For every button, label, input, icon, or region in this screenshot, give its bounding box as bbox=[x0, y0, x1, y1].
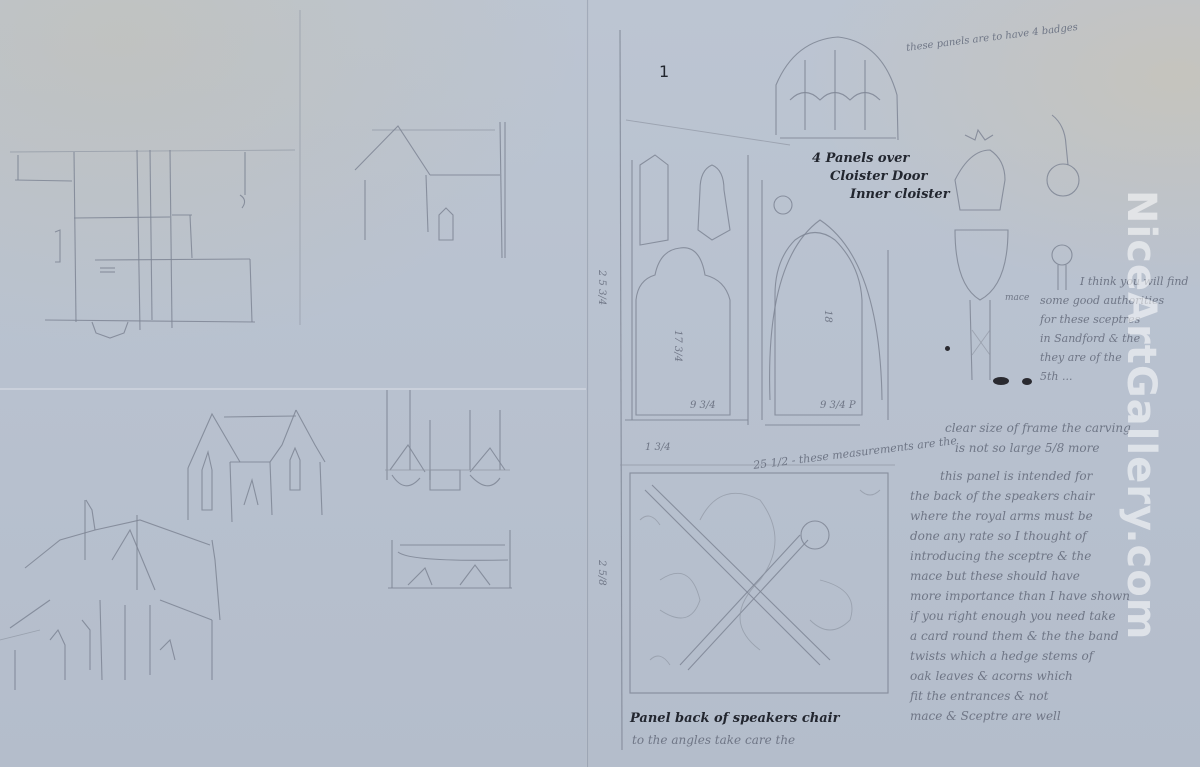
bottom-note: to the angles take care the bbox=[632, 730, 795, 751]
ink-blot bbox=[1022, 378, 1032, 385]
page-number: 1 bbox=[659, 62, 669, 81]
ground-plan-sketch bbox=[10, 10, 300, 338]
house-elevation-sketch bbox=[355, 122, 505, 258]
chair-back-panel-sketch bbox=[630, 473, 888, 693]
dimension-right-width: 9 3/4 P bbox=[820, 395, 856, 416]
dimension-base-left: 1 3/4 bbox=[645, 437, 671, 458]
mace-note: I think you will find some good authorit… bbox=[1040, 272, 1188, 386]
ink-blot bbox=[945, 346, 950, 351]
ink-blot bbox=[993, 377, 1009, 385]
mace-label: mace bbox=[1005, 288, 1029, 309]
gothic-window-sketch bbox=[776, 37, 898, 140]
dimension-left-side: 2 5 3/4 bbox=[591, 270, 612, 305]
dimension-left-height: 17 3/4 bbox=[667, 330, 688, 362]
dimension-panel-side: 2 5/8 bbox=[591, 560, 612, 586]
dimension-left-width: 9 3/4 bbox=[690, 395, 716, 416]
cross-section-sketch bbox=[385, 390, 510, 490]
gothic-house-sketch bbox=[0, 500, 220, 690]
watermark: NiceArtGallery.com bbox=[1118, 190, 1164, 640]
ink-caption-panels: 4 Panels over Cloister Door Inner cloist… bbox=[812, 150, 950, 204]
roof-truss-sketch bbox=[388, 530, 512, 588]
chapel-elevation-sketch bbox=[188, 410, 325, 522]
ink-caption-chair: Panel back of speakers chair bbox=[630, 708, 839, 729]
handwritten-notes: clear size of frame the carving is not s… bbox=[910, 418, 1131, 726]
dimension-right-height: 18 bbox=[817, 310, 838, 323]
